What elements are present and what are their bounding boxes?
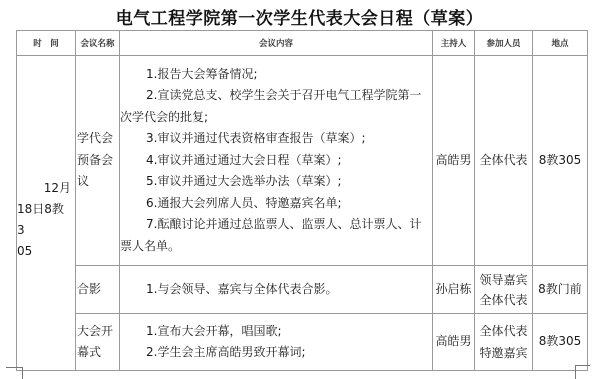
- header-row: 时 间 会议名称 会议内容 主持人 参加人员 地点: [17, 31, 588, 56]
- table-row: 大会开幕式 1.宣布大会开幕，唱国歌; 2.学生会主席高皓男致开幕词; 高皓男 …: [17, 314, 588, 371]
- meeting-name-cell: 合影: [76, 266, 120, 314]
- table-row: 合影 1.与会领导、嘉宾与全体代表合影。 孙启栋 领导嘉宾全体代表 8教门前: [17, 266, 588, 314]
- time-line-1: 12月: [17, 178, 71, 199]
- location-cell: 8教305: [533, 56, 588, 266]
- header-meeting-name: 会议名称: [76, 31, 120, 56]
- host-cell: 孙启栋: [433, 266, 475, 314]
- page-corner-mark-left: [6, 367, 23, 379]
- time-cell: 12月 18日8教3 05: [17, 56, 76, 371]
- content-item: 1.报告大会筹备情况;: [120, 64, 430, 86]
- meeting-name-cell: 大会开幕式: [76, 314, 120, 371]
- content-item: 5.审议并通过大会选举办法（草案）;: [120, 171, 430, 193]
- participants-cell: 领导嘉宾全体代表: [475, 266, 533, 314]
- content-item: 1.宣布大会开幕，唱国歌;: [120, 321, 430, 343]
- time-line-3: 05: [17, 241, 71, 262]
- page-corner-mark-right: [575, 365, 590, 379]
- location-cell: 8教门前: [533, 266, 588, 314]
- content-cell: 1.与会领导、嘉宾与全体代表合影。: [120, 266, 433, 314]
- content-item: 4.审议并通过通过大会日程（草案）;: [120, 150, 430, 172]
- table-row: 12月 18日8教3 05 学代会预备会议 1.报告大会筹备情况; 2.宣读党总…: [17, 56, 588, 266]
- content-item: 7.酝酿讨论并通过总监票人、监票人、总计票人、计票人名单。: [120, 214, 430, 257]
- header-participants: 参加人员: [475, 31, 533, 56]
- time-line-2: 18日8教3: [17, 199, 71, 241]
- host-cell: 高皓男: [433, 314, 475, 371]
- location-cell: 8教305: [533, 314, 588, 371]
- content-item: 2.宣读党总支、校学生会关于召开电气工程学院第一次学代会的批复;: [120, 85, 430, 128]
- participants-cell: 全体代表: [475, 56, 533, 266]
- header-time: 时 间: [17, 31, 76, 56]
- schedule-table: 时 间 会议名称 会议内容 主持人 参加人员 地点 12月 18日8教3 05 …: [16, 30, 588, 371]
- meeting-name-cell: 学代会预备会议: [76, 56, 120, 266]
- content-item: 1.与会领导、嘉宾与全体代表合影。: [120, 279, 430, 301]
- content-cell: 1.宣布大会开幕，唱国歌; 2.学生会主席高皓男致开幕词;: [120, 314, 433, 371]
- content-item: 2.学生会主席高皓男致开幕词;: [120, 342, 430, 364]
- header-content: 会议内容: [120, 31, 433, 56]
- header-host: 主持人: [433, 31, 475, 56]
- content-item: 6.通报大会列席人员、特邀嘉宾名单;: [120, 193, 430, 215]
- participants-cell: 全体代表特邀嘉宾: [475, 314, 533, 371]
- content-cell: 1.报告大会筹备情况; 2.宣读党总支、校学生会关于召开电气工程学院第一次学代会…: [120, 56, 433, 266]
- header-location: 地点: [533, 31, 588, 56]
- document-title: 电气工程学院第一次学生代表大会日程（草案）: [0, 4, 599, 29]
- content-item: 3.审议并通过代表资格审查报告（草案）;: [120, 128, 430, 150]
- host-cell: 高皓男: [433, 56, 475, 266]
